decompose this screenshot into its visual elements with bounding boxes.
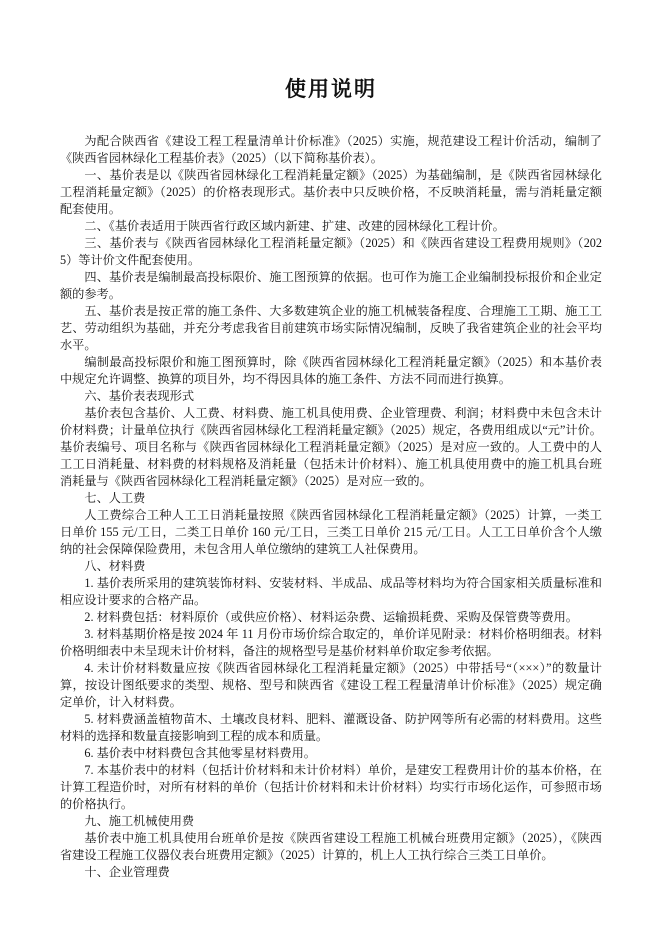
- paragraph: 五、基价表是按正常的施工条件、大多数建筑企业的施工机械装备程度、合理施工工期、施…: [60, 303, 602, 354]
- paragraph: 4. 未计价材料数量应按《陕西省园林绿化工程消耗量定额》（2025）中带括号“（…: [60, 660, 602, 711]
- paragraph: 七、人工费: [60, 490, 602, 507]
- paragraph: 编制最高投标限价和施工图预算时，除《陕西省园林绿化工程消耗量定额》（2025）和…: [60, 354, 602, 388]
- paragraph: 八、材料费: [60, 558, 602, 575]
- paragraph: 一、基价表是以《陕西省园林绿化工程消耗量定额》（2025）为基础编制，是《陕西省…: [60, 167, 602, 218]
- document-body: 为配合陕西省《建设工程工程量清单计价标准》（2025）实施，规范建设工程计价活动…: [60, 133, 602, 881]
- paragraph: 为配合陕西省《建设工程工程量清单计价标准》（2025）实施，规范建设工程计价活动…: [60, 133, 602, 167]
- paragraph: 2. 材料费包括：材料原价（或供应价格）、材料运杂费、运输损耗费、采购及保管费等…: [60, 609, 602, 626]
- paragraph: 1. 基价表所采用的建筑装饰材料、安装材料、半成品、成品等材料均为符合国家相关质…: [60, 575, 602, 609]
- paragraph: 二、《基价表适用于陕西省行政区域内新建、扩建、改建的园林绿化工程计价。: [60, 218, 602, 235]
- paragraph: 六、基价表表现形式: [60, 388, 602, 405]
- paragraph: 7. 本基价表中的材料（包括计价材料和未计价材料）单价，是建安工程费用计价的基本…: [60, 762, 602, 813]
- paragraph: 四、基价表是编制最高投标限价、施工图预算的依据。也可作为施工企业编制投标报价和企…: [60, 269, 602, 303]
- paragraph: 基价表中施工机具使用台班单价是按《陕西省建设工程施工机械台班费用定额》（2025…: [60, 830, 602, 864]
- page-title: 使用说明: [60, 75, 602, 105]
- paragraph: 6. 基价表中材料费包含其他零星材料费用。: [60, 745, 602, 762]
- paragraph: 三、基价表与《陕西省园林绿化工程消耗量定额》（2025）和《陕西省建设工程费用规…: [60, 235, 602, 269]
- paragraph: 十、企业管理费: [60, 864, 602, 881]
- paragraph: 基价表包含基价、人工费、材料费、施工机具使用费、企业管理费、利润；材料费中未包含…: [60, 405, 602, 490]
- paragraph: 九、施工机械使用费: [60, 813, 602, 830]
- paragraph: 5. 材料费涵盖植物苗木、土壤改良材料、肥料、灌溉设备、防护网等所有必需的材料费…: [60, 711, 602, 745]
- document-page: 使用说明 为配合陕西省《建设工程工程量清单计价标准》（2025）实施，规范建设工…: [0, 0, 662, 936]
- paragraph: 人工费综合工种人工工日消耗量按照《陕西省园林绿化工程消耗量定额》（2025）计算…: [60, 507, 602, 558]
- paragraph: 3. 材料基期价格是按 2024 年 11 月份市场价综合取定的，单价详见附录：…: [60, 626, 602, 660]
